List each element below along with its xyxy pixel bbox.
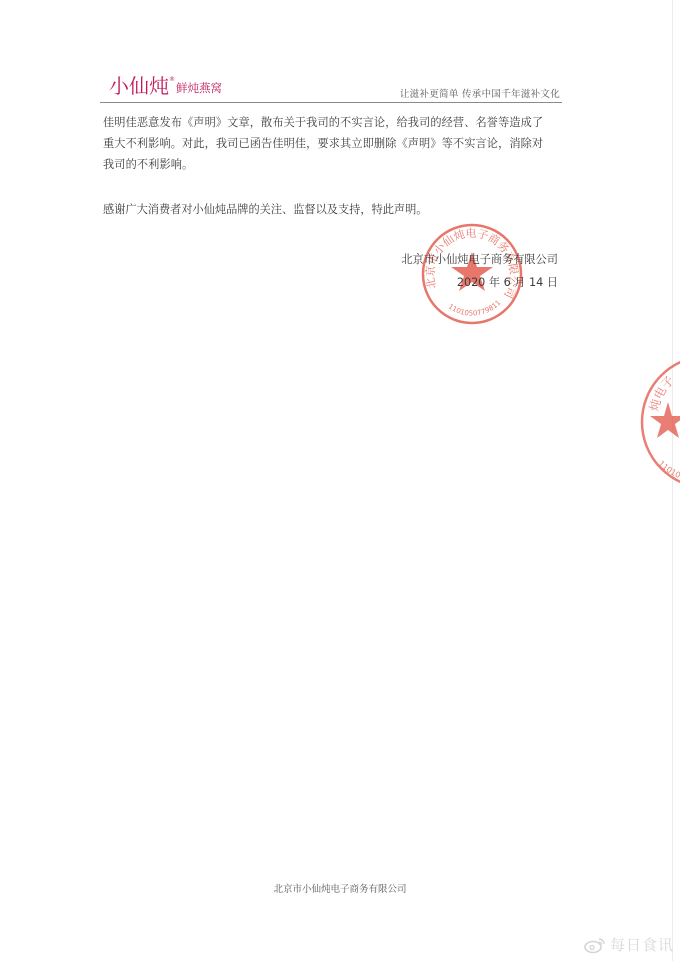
paragraph-1: 佳明佳恶意发布《声明》文章，散布关于我司的不实言论，给我司的经营、名誉等造成了 … — [103, 112, 563, 175]
header-divider — [100, 102, 562, 103]
brand-name: 小仙炖 — [109, 74, 169, 98]
brand-logo: 小仙炖 ® 鲜炖燕窝 — [109, 74, 222, 98]
partial-seal-icon: 炖电子 110105 — [638, 352, 680, 492]
watermark-text: 每日食讯 — [610, 934, 674, 955]
paragraph-1-line-2: 重大不利影响。对此，我司已函告佳明佳，要求其立即删除《声明》等不实言论，消除对 — [103, 133, 563, 154]
slogan: 让滋补更简单 传承中国千年滋补文化 — [400, 86, 560, 100]
paragraph-1-line-1: 佳明佳恶意发布《声明》文章，散布关于我司的不实言论，给我司的经营、名誉等造成了 — [103, 112, 563, 133]
signature-date: 2020 年 6 月 14 日 — [401, 271, 558, 294]
watermark: 每日食讯 — [584, 934, 674, 955]
footer-company: 北京市小仙炖电子商务有限公司 — [0, 881, 680, 895]
partial-seal: 炖电子 110105 — [638, 352, 680, 492]
signature-block: 北京市小仙炖电子商务有限公司 2020 年 6 月 14 日 — [401, 248, 558, 294]
paragraph-2: 感谢广大消费者对小仙炖品牌的关注、监督以及支持，特此声明。 — [103, 201, 427, 217]
registered-mark: ® — [169, 76, 175, 83]
letterhead: 小仙炖 ® 鲜炖燕窝 让滋补更简单 传承中国千年滋补文化 — [100, 70, 562, 104]
paragraph-1-line-3: 我司的不利影响。 — [103, 154, 563, 175]
svg-text:1101050779811: 1101050779811 — [447, 299, 503, 318]
svg-text:炖电子: 炖电子 — [646, 373, 677, 412]
weibo-icon — [584, 936, 606, 954]
svg-text:110105: 110105 — [657, 459, 680, 482]
brand-tagline: 鲜炖燕窝 — [176, 78, 222, 98]
signatory-company: 北京市小仙炖电子商务有限公司 — [401, 248, 558, 271]
